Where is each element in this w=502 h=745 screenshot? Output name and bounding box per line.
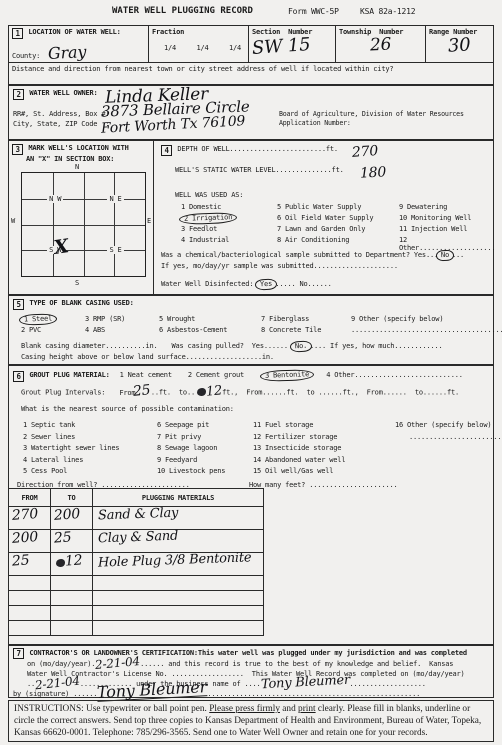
col-header-materials: PLUGGING MATERIALS [93, 489, 263, 506]
instructions-block: INSTRUCTIONS: Use typewriter or ball poi… [8, 700, 494, 742]
section-owner: 2WATER WELL OWNER: Linda Keller RR#, St.… [8, 85, 494, 140]
casing-option: 3 RMP (SR) [85, 315, 159, 325]
mark-title-line2: AN "X" IN SECTION BOX: [26, 155, 153, 163]
application-number-label: Application Number: [279, 119, 351, 127]
grout-material-circled: 3 Bentonite [260, 369, 315, 382]
depth-value: 270 [351, 144, 378, 160]
date-completed-value: 2-21-04 [95, 655, 141, 671]
location-fraction-cell: Fraction 1/4 1/4 1/4 [149, 26, 249, 62]
grout-title: GROUT PLUG MATERIAL: [29, 371, 109, 379]
used-as-item: 10 Monitoring Well [399, 214, 495, 225]
grid-hline [22, 225, 145, 226]
used-as-item: 6 Oil Field Water Supply [277, 214, 399, 225]
fraction-2: 1/4 [196, 44, 208, 52]
location-township-cell: Township Number 26 [336, 26, 426, 62]
col-header-from: FROM [9, 489, 51, 506]
owner-address-label: RR#, St. Address, Box #: [13, 110, 109, 118]
table-row-empty [9, 621, 263, 635]
statute-reference: KSA 82a-1212 [360, 7, 415, 16]
casing-option: 5 Wrought [159, 315, 261, 325]
compass-north-label: N [75, 163, 79, 171]
section-7-number: 7 [13, 648, 24, 659]
township-number-value: 26 [369, 36, 391, 54]
if-yes-line: If yes, mo/day/yr sample was submitted..… [161, 262, 398, 270]
grid-hline [22, 250, 145, 251]
casing-option: 8 Concrete Tile [261, 326, 351, 336]
table-row: 25 12 Hole Plug 3/8 Bentonite [9, 553, 263, 576]
used-as-item: 7 Lawn and Garden Only [277, 225, 399, 236]
contamination-col4: 16 Other (specify below) ...............… [395, 420, 501, 478]
section-certification: 7CONTRACTOR'S OR LANDOWNER'S CERTIFICATI… [8, 645, 494, 698]
grout-material-option: 1 Neat cement [120, 371, 172, 379]
section-2-number: 2 [13, 89, 24, 100]
used-as-item-circled: 2 Irrigation [179, 212, 238, 225]
static-water-level-value: 180 [359, 165, 386, 180]
contamination-question: What is the nearest source of possible c… [21, 405, 234, 413]
section-grout: 6GROUT PLUG MATERIAL: 1 Neat cement 2 Ce… [8, 365, 494, 645]
location-range-cell: Range Number 30 [426, 26, 493, 62]
scribble-mark [56, 559, 65, 567]
form-number: Form WWC-5P [288, 7, 339, 16]
section-casing: 5TYPE OF BLANK CASING USED: 1 Steel 3 RM… [8, 295, 494, 365]
casing-option: 7 Fiberglass [261, 315, 351, 325]
sample-question: Was a chemical/bacteriological sample su… [161, 251, 438, 259]
owner-title: WATER WELL OWNER: [29, 89, 97, 97]
section-grid: N W N E S W S E X [21, 172, 146, 277]
disinfected-label: Water Well Disinfected: [161, 280, 253, 288]
mark-title-line1: MARK WELL'S LOCATION WITH [28, 144, 128, 152]
owner-city-label: City, State, ZIP Code : [13, 120, 109, 128]
casing-title: TYPE OF BLANK CASING USED: [29, 299, 133, 307]
quadrant-se-label: S E [107, 246, 123, 254]
compass-south-label: S [75, 279, 79, 287]
casing-option: 4 ABS [85, 326, 159, 336]
county-label: County: [12, 52, 40, 60]
section-6-number: 6 [13, 371, 24, 382]
quadrant-nw-label: N W [47, 195, 63, 203]
section-5-number: 5 [13, 299, 24, 310]
used-as-label: WELL WAS USED AS: [175, 191, 243, 199]
depth-label: DEPTH OF WELL........................ft. [177, 145, 338, 153]
fraction-1: 1/4 [164, 44, 176, 52]
section-1-title: LOCATION OF WATER WELL: [28, 28, 120, 36]
contamination-col1: 1 Septic tank 2 Sewer lines 3 Watertight… [23, 420, 157, 478]
contamination-col3: 11 Fuel storage 12 Fertilizer storage 13… [253, 420, 395, 478]
casing-pulled-answer-circled: No. [290, 341, 312, 353]
grout-material-option: 2 Cement grout [188, 371, 244, 379]
used-as-item: 9 Dewatering [399, 203, 495, 214]
grid-hline [22, 199, 145, 200]
plugging-table-header: FROM TO PLUGGING MATERIALS [9, 489, 263, 507]
used-as-item: 5 Public Water Supply [277, 203, 399, 214]
casing-option: 2 PVC [21, 326, 85, 336]
casing-option: 6 Asbestos-Cement [159, 326, 261, 336]
grout-material-option: 4 Other........................... [326, 371, 463, 379]
agency-label: Board of Agriculture, Division of Water … [279, 110, 464, 118]
signature-value: Tony Bleumer [97, 679, 208, 702]
certification-line1: CONTRACTOR'S OR LANDOWNER'S CERTIFICATIO… [29, 649, 467, 657]
casing-pulled-tail: .... If yes, how much............ [310, 342, 442, 350]
plugging-table: FROM TO PLUGGING MATERIALS 270 200 Sand … [8, 488, 264, 636]
contamination-list: 1 Septic tank 2 Sewer lines 3 Watertight… [23, 420, 489, 478]
compass-west-label: W [11, 217, 15, 225]
section-number-value: SW 15 [251, 36, 311, 58]
fraction-label: Fraction [152, 28, 184, 36]
grout-intervals-label: Grout Plug Intervals: [21, 389, 105, 397]
casing-height-label: Casing height above or below land surfac… [21, 353, 274, 361]
page-title: WATER WELL PLUGGING RECORD [112, 6, 253, 16]
interval-mid: ..ft. to.. [151, 389, 195, 397]
section-location: 1LOCATION OF WATER WELL: County: Gray Fr… [8, 25, 494, 85]
section-4-number: 4 [161, 145, 172, 156]
casing-diameter-label: Blank casing diameter..........in. [21, 342, 158, 350]
used-as-item: 11 Injection Well [399, 225, 495, 236]
static-water-level-label: WELL'S STATIC WATER LEVEL..............f… [175, 166, 344, 174]
fraction-3: 1/4 [229, 44, 241, 52]
interval-from-value: 25 [133, 383, 152, 399]
contamination-col2: 6 Seepage pit 7 Pit privy 8 Sewage lagoo… [157, 420, 253, 478]
section-1-number: 1 [12, 28, 23, 39]
scribble-mark [197, 388, 206, 396]
table-row: 270 200 Sand & Clay [9, 507, 263, 530]
instructions-text: INSTRUCTIONS: Use typewriter or ball poi… [14, 704, 481, 738]
compass-east-label: E [147, 217, 151, 225]
table-row-empty [9, 606, 263, 621]
casing-options-row2: 2 PVC 4 ABS 6 Asbestos-Cement 8 Concrete… [21, 326, 489, 336]
quadrant-ne-label: N E [107, 195, 123, 203]
used-as-list: 1 Domestic 5 Public Water Supply 9 Dewat… [181, 203, 489, 247]
location-county-cell: 1LOCATION OF WATER WELL: County: Gray [9, 26, 149, 62]
section-3-number: 3 [12, 144, 23, 155]
table-row: 200 25 Clay & Sand [9, 530, 263, 553]
county-value: Gray [48, 44, 87, 62]
intervals-tail: ft., From......ft. to ......ft., From...… [222, 389, 459, 397]
range-number-value: 30 [448, 36, 472, 56]
well-location-x-mark: X [53, 237, 70, 258]
used-as-item: 4 Industrial [181, 236, 277, 247]
distance-question: Distance and direction from nearest town… [9, 63, 493, 75]
section-mark-location: 3MARK WELL'S LOCATION WITH AN "X" IN SEC… [9, 141, 154, 294]
used-as-item: 8 Air Conditioning [277, 236, 399, 247]
table-row-empty [9, 576, 263, 591]
interval-to-value: 12 [205, 384, 222, 398]
casing-options-row1: 1 Steel 3 RMP (SR) 5 Wrought 7 Fiberglas… [21, 315, 489, 325]
casing-option: ...................................... [351, 326, 502, 336]
sample-answer-circled: No [436, 250, 454, 262]
table-row-empty [9, 591, 263, 606]
casing-pulled-question: Was casing pulled? Yes...... [172, 342, 288, 350]
used-as-item: 12 Other................... [399, 236, 495, 247]
col-header-to: TO [51, 489, 93, 506]
disinfected-answer-circled: Yes [255, 279, 277, 291]
location-section-cell: Section Number SW 15 [249, 26, 336, 62]
casing-option-circled: 1 Steel [19, 313, 57, 325]
casing-option: 9 Other (specify below) [351, 315, 489, 325]
feet-question: How many feet? ...................... [249, 481, 398, 489]
section-well-data: 4DEPTH OF WELL........................ft… [154, 141, 493, 294]
section-well-details: 3MARK WELL'S LOCATION WITH AN "X" IN SEC… [8, 140, 494, 295]
used-as-item: 3 Feedlot [181, 225, 277, 236]
